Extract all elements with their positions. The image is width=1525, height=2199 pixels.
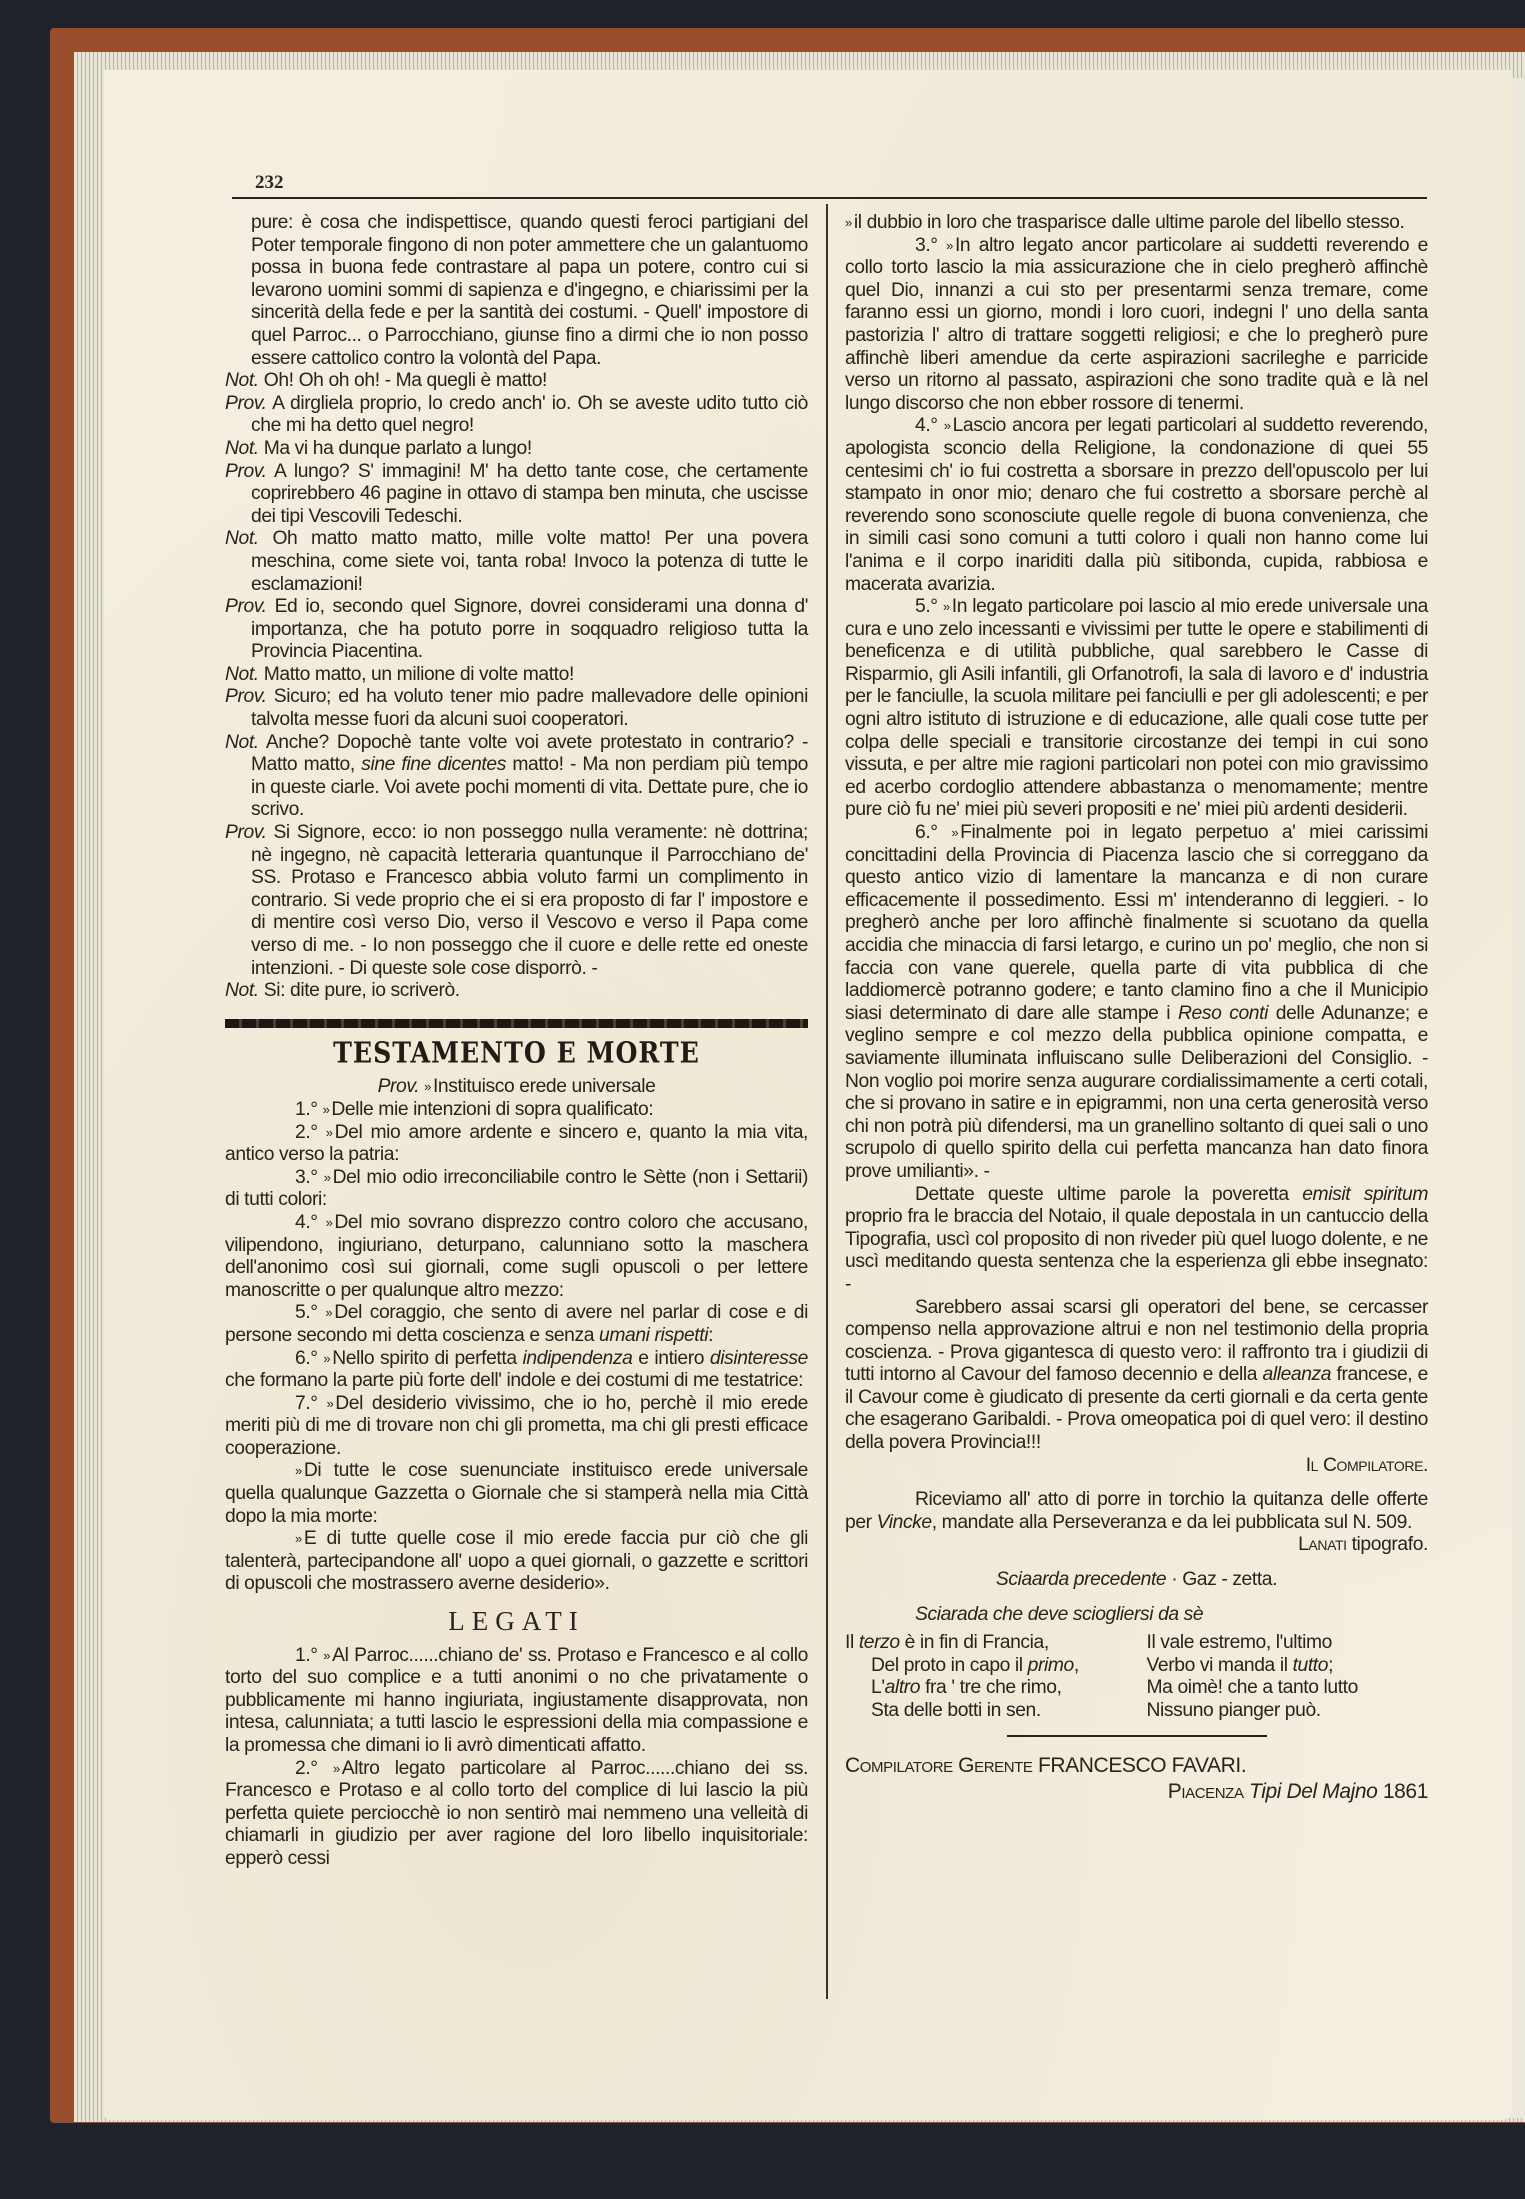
poem-line: Il terzo è in fin di Francia, <box>845 1632 1127 1655</box>
previous-charade-solution: Sciaarda precedente · Gaz - zetta. <box>845 1569 1428 1592</box>
charade-poem: Il terzo è in fin di Francia, Del proto … <box>845 1632 1428 1722</box>
dialogue-line: Prov. Si Signore, ecco: io non posseggo … <box>225 822 808 980</box>
dialogue-line: Not. Matto matto, un milione di volte ma… <box>225 664 808 687</box>
testament-item: 5.° Del coraggio, che sento di avere nel… <box>225 1302 808 1347</box>
poem-right-stanza: Il vale estremo, l'ultimo Verbo vi manda… <box>1147 1632 1429 1722</box>
closing-paragraph: Sarebbero assai scarsi gli operatori del… <box>845 1297 1428 1455</box>
legato-item: 1.° Al Parroc......chiano de' ss. Protas… <box>225 1645 808 1758</box>
testament-closing: Di tutte le cose suenunciate instituisco… <box>225 1460 808 1528</box>
imprint-rule <box>1007 1735 1267 1737</box>
testament-closing: E di tutte quelle cose il mio erede facc… <box>225 1528 808 1596</box>
dialogue-line: Prov. Ed io, secondo quel Signore, dovre… <box>225 596 808 664</box>
testament-item: 1.° Delle mie intenzioni di sopra qualif… <box>225 1099 808 1122</box>
poem-left-stanza: Il terzo è in fin di Francia, Del proto … <box>845 1632 1127 1722</box>
left-column: pure: è cosa che indispettisce, quando q… <box>225 212 808 1871</box>
testament-intro: Prov. Instituisco erede universale <box>225 1076 808 1099</box>
testament-item: 2.° Del mio amore ardente e sincero e, q… <box>225 1122 808 1167</box>
testament-item: 6.° Nello spirito di perfetta indipenden… <box>225 1348 808 1393</box>
compilatore-signature: Il Compilatore. <box>845 1455 1428 1478</box>
closing-paragraph: Dettate queste ultime parole la poverett… <box>845 1184 1428 1297</box>
imprint-editor: Compilatore Gerente FRANCESCO FAVARI. <box>845 1755 1428 1778</box>
legato-item: 5.° In legato particolare poi lascio al … <box>845 596 1428 822</box>
section-title-testamento: TESTAMENTO E MORTE <box>225 1041 808 1065</box>
column-divider <box>826 204 828 1999</box>
testament-item: 7.° Del desiderio vivissimo, che io ho, … <box>225 1393 808 1461</box>
notice-paragraph: Riceviamo all' atto di porre in torchio … <box>845 1489 1428 1534</box>
legato-item: 3.° In altro legato ancor particolare ai… <box>845 235 1428 416</box>
opening-paragraph: pure: è cosa che indispettisce, quando q… <box>225 212 808 370</box>
dialogue-line: Prov. A dirgliela proprio, lo credo anch… <box>225 393 808 438</box>
poem-line: Sta delle botti in sen. <box>845 1700 1127 1723</box>
notice-signature: Lanati tipografo. <box>845 1534 1428 1557</box>
poem-line: Verbo vi manda il tutto; <box>1147 1655 1429 1678</box>
dialogue-line: Not. Oh matto matto matto, mille volte m… <box>225 528 808 596</box>
page-number: 232 <box>255 172 284 194</box>
legato-item: 4.° Lascio ancora per legati particolari… <box>845 415 1428 596</box>
right-column: il dubbio in loro che trasparisce dalle … <box>845 212 1428 1804</box>
dialogue: Not. Oh! Oh oh oh! - Ma quegli è matto! … <box>225 370 808 1003</box>
poem-line: L'altro fra ' tre che rimo, <box>845 1677 1127 1700</box>
poem-line: Del proto in capo il primo, <box>845 1655 1127 1678</box>
dialogue-line: Prov. Sicuro; ed ha voluto tener mio pad… <box>225 686 808 731</box>
poem-line: Il vale estremo, l'ultimo <box>1147 1632 1429 1655</box>
dialogue-line: Not. Si: dite pure, io scriverò. <box>225 980 808 1003</box>
poem-line: Ma oimè! che a tanto lutto <box>1147 1677 1429 1700</box>
header-rule <box>232 197 1427 199</box>
legato-item: 2.° Altro legato particolare al Parroc..… <box>225 1758 808 1871</box>
dialogue-line: Not. Oh! Oh oh oh! - Ma quegli è matto! <box>225 370 808 393</box>
dialogue-line: Prov. A lungo? S' immagini! M' ha detto … <box>225 461 808 529</box>
imprint-printer: Piacenza Tipi Del Majno 1861 <box>845 1781 1428 1804</box>
testament-item: 3.° Del mio odio irreconciliabile contro… <box>225 1167 808 1212</box>
section-title-legati: LEGATI <box>225 1610 808 1633</box>
dialogue-line: Not. Ma vi ha dunque parlato a lungo! <box>225 438 808 461</box>
continuation-text: il dubbio in loro che trasparisce dalle … <box>845 212 1428 235</box>
charade-title: Sciarada che deve sciogliersi da sè <box>845 1604 1428 1627</box>
legato-item: 6.° Finalmente poi in legato perpetuo a'… <box>845 822 1428 1184</box>
section-divider-rule <box>225 1019 808 1028</box>
dialogue-line: Not. Anche? Dopochè tante volte voi avet… <box>225 732 808 822</box>
testament-item: 4.° Del mio sovrano disprezzo contro col… <box>225 1212 808 1302</box>
poem-line: Nissuno pianger può. <box>1147 1700 1429 1723</box>
